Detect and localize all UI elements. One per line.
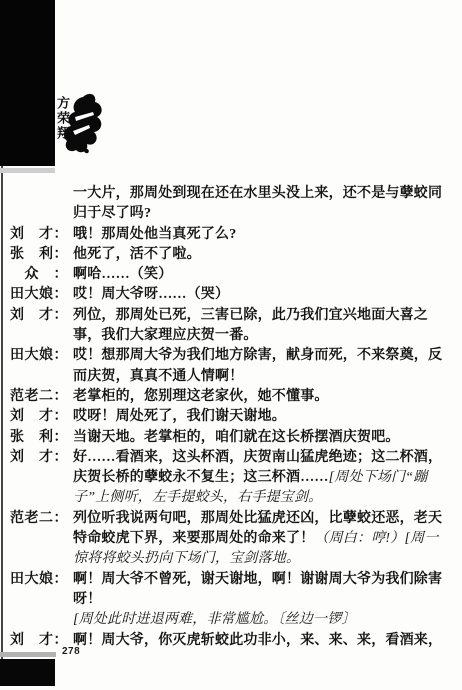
dialogue-text: 子”上侧听，左手提蛟头，右手提宝剑。 <box>73 488 454 508</box>
script-line: 田大娘：哎！周大爷呀……（哭） <box>8 285 454 305</box>
dialogue-text: 好……看酒来，这头杯酒，庆贺南山猛虎绝迹；这二杯酒， <box>73 448 454 468</box>
dialogue-text: 惊将将蛟头扔向下场门，宝剑落地。 <box>73 549 454 569</box>
speaker-name: 刘 才： <box>8 225 68 245</box>
speaker-name: 田大娘： <box>8 346 68 366</box>
dialogue-text: 老掌柜的，您别理这老家伙，她不懂事。 <box>73 387 454 407</box>
speaker-name: 刘 才： <box>8 448 68 468</box>
script-line: 归于尽了吗? <box>8 204 454 224</box>
dialogue-text: 列位，那周处已死，三害已除，此乃我们宜兴地面大喜之 <box>73 306 454 326</box>
script-line: 刘 才：哦！那周处他当真死了么? <box>8 225 454 245</box>
speaker-name <box>8 326 68 346</box>
speaker-name: 范老二： <box>8 509 68 529</box>
speaker-name: 刘 才： <box>8 407 68 427</box>
dialogue-text: 啊！周大爷，你灭虎斩蛟此功非小，来、来、来，看酒来， <box>73 631 454 651</box>
dialogue-segment: 啊！周大爷不曾死，谢天谢地，啊！谢谢周大爷为我们除害 <box>73 572 442 587</box>
scan-smudge-bottom <box>0 652 56 657</box>
dialogue-text: 而庆贺，真真不通人情啊！ <box>73 367 454 387</box>
dialogue-segment: 啊哈……（笑） <box>73 267 172 282</box>
dialogue-text: 哎！周大爷呀……（哭） <box>73 285 454 305</box>
scan-artifact-top-bar <box>0 0 55 166</box>
dialogue-segment: 啊！周大爷，你灭虎斩蛟此功非小，来、来、来，看酒来， <box>73 633 442 648</box>
dialogue-text: 一大片，那周处到现在还在水里头没上来，还不是与孽蛟同 <box>73 184 454 204</box>
dialogue-segment: 哎呀！周处死了，我们谢天谢地。 <box>73 409 286 424</box>
dialogue-segment: 列位，那周处已死，三害已除，此乃我们宜兴地面大喜之 <box>73 308 428 323</box>
script-line: [周处此时进退两难，非常尴尬。〔丝边一锣〕 <box>8 610 454 630</box>
dialogue-segment: 当谢天地。老掌柜的，咱们就在这长桥摆酒庆贺吧。 <box>73 430 400 445</box>
speaker-name: 田大娘： <box>8 285 68 305</box>
scan-artifact-bottom-bar <box>0 659 55 686</box>
script-line: 范老二：老掌柜的，您别理这老家伙，她不懂事。 <box>8 387 454 407</box>
stage-direction-text: 子”上侧听，左手提蛟头，右手提宝剑。 <box>73 490 322 505</box>
script-line: 特命蛟虎下界，来要那周处的命来了！（周白：哼!）[周一 <box>8 529 454 549</box>
script-line: 刘 才：哎呀！周处死了，我们谢天谢地。 <box>8 407 454 427</box>
script-text-block: 一大片，那周处到现在还在水里头没上来，还不是与孽蛟同归于尽了吗?刘 才：哦！那周… <box>8 184 454 651</box>
dialogue-text: 当谢天地。老掌柜的，咱们就在这长桥摆酒庆贺吧。 <box>73 428 454 448</box>
dialogue-segment: 庆贺长桥的孽蛟永不复生；这三杯酒…… <box>73 470 329 485</box>
scan-smudge-top <box>0 168 55 173</box>
speaker-name <box>8 590 68 610</box>
dialogue-segment: 哎！想那周大爷为我们地方除害，献身而死，不来祭奠，反 <box>73 348 442 363</box>
script-line: 张 利：他死了，活不了啦。 <box>8 245 454 265</box>
dialogue-text: 事，我们大家理应庆贺一番。 <box>73 326 454 346</box>
script-line: 田大娘：啊！周大爷不曾死，谢天谢地，啊！谢谢周大爷为我们除害 <box>8 570 454 590</box>
dialogue-segment: 事，我们大家理应庆贺一番。 <box>73 328 258 343</box>
stage-direction-text: [周处此时进退两难，非常尴尬。〔丝边一锣〕 <box>73 612 356 627</box>
dialogue-segment: 哦！那周处他当真死了么? <box>73 227 236 242</box>
dialogue-text: 他死了，活不了啦。 <box>73 245 454 265</box>
speaker-name <box>8 367 68 387</box>
dialogue-text: 哎！想那周大爷为我们地方除害，献身而死，不来祭奠，反 <box>73 346 454 366</box>
dialogue-text: 特命蛟虎下界，来要那周处的命来了！（周白：哼!）[周一 <box>73 529 454 549</box>
script-line: 刘 才：好……看酒来，这头杯酒，庆贺南山猛虎绝迹；这二杯酒， <box>8 448 454 468</box>
dialogue-text: 庆贺长桥的孽蛟永不复生；这三杯酒……[周处下场门“蹦 <box>73 468 454 488</box>
dialogue-segment: 归于尽了吗? <box>73 206 151 221</box>
stage-direction-text: [周处下场门“蹦 <box>329 470 428 485</box>
script-line: 子”上侧听，左手提蛟头，右手提宝剑。 <box>8 488 454 508</box>
speaker-name: 范老二： <box>8 387 68 407</box>
script-line: 惊将将蛟头扔向下场门，宝剑落地。 <box>8 549 454 569</box>
dialogue-segment: 一大片，那周处到现在还在水里头没上来，还不是与孽蛟同 <box>73 186 442 201</box>
stage-direction-text: （周白：哼!）[周一 <box>314 531 438 546</box>
speaker-name: 刘 才： <box>8 306 68 326</box>
script-line: 刘 才：列位，那周处已死，三害已除，此乃我们宜兴地面大喜之 <box>8 306 454 326</box>
dialogue-text: 啊哈……（笑） <box>73 265 454 285</box>
speaker-name <box>8 610 68 630</box>
dialogue-text: 呀！ <box>73 590 454 610</box>
script-line: 张 利：当谢天地。老掌柜的，咱们就在这长桥摆酒庆贺吧。 <box>8 428 454 448</box>
script-line: 一大片，那周处到现在还在水里头没上来，还不是与孽蛟同 <box>8 184 454 204</box>
speaker-name: 众 ： <box>8 265 68 285</box>
speaker-name <box>8 488 68 508</box>
speaker-name <box>8 468 68 488</box>
stage-direction-text: 惊将将蛟头扔向下场门，宝剑落地。 <box>73 551 300 566</box>
script-line: 而庆贺，真真不通人情啊！ <box>8 367 454 387</box>
dialogue-segment: 而庆贺，真真不通人情啊！ <box>73 369 243 384</box>
dialogue-text: 啊！周大爷不曾死，谢天谢地，啊！谢谢周大爷为我们除害 <box>73 570 454 590</box>
dialogue-text: 归于尽了吗? <box>73 204 454 224</box>
speaker-name <box>8 204 68 224</box>
script-line: 田大娘：哎！想那周大爷为我们地方除害，献身而死，不来祭奠，反 <box>8 346 454 366</box>
speaker-name: 张 利： <box>8 245 68 265</box>
dialogue-text: 哎呀！周处死了，我们谢天谢地。 <box>73 407 454 427</box>
dialogue-segment: 列位听我说两句吧，那周处比猛虎还凶，比孽蛟还恶，老天 <box>73 511 442 526</box>
script-line: 庆贺长桥的孽蛟永不复生；这三杯酒……[周处下场门“蹦 <box>8 468 454 488</box>
dialogue-segment: 呀！ <box>73 592 101 607</box>
speaker-name <box>8 184 68 204</box>
dialogue-text: 列位听我说两句吧，那周处比猛虎还凶，比孽蛟还恶，老天 <box>73 509 454 529</box>
speaker-name: 刘 才： <box>8 631 68 651</box>
ink-stamp-icon <box>63 91 103 155</box>
dialogue-segment: 他死了，活不了啦。 <box>73 247 201 262</box>
speaker-name <box>8 549 68 569</box>
dialogue-segment: 特命蛟虎下界，来要那周处的命来了！ <box>73 531 314 546</box>
dialogue-segment: 哎！周大爷呀……（哭） <box>73 287 229 302</box>
script-line: 众 ：啊哈……（笑） <box>8 265 454 285</box>
dialogue-segment: 好……看酒来，这头杯酒，庆贺南山猛虎绝迹；这二杯酒， <box>73 450 442 465</box>
script-line: 范老二：列位听我说两句吧，那周处比猛虎还凶，比孽蛟还恶，老天 <box>8 509 454 529</box>
script-line: 呀！ <box>8 590 454 610</box>
dialogue-text: 哦！那周处他当真死了么? <box>73 225 454 245</box>
script-line: 事，我们大家理应庆贺一番。 <box>8 326 454 346</box>
book-page: 方荣翔 一大片，那周处到现在还在水里头没上来，还不是与孽蛟同归于尽了吗?刘 才：… <box>0 0 462 690</box>
speaker-name <box>8 529 68 549</box>
speaker-name: 田大娘： <box>8 570 68 590</box>
speaker-name: 张 利： <box>8 428 68 448</box>
dialogue-segment: 老掌柜的，您别理这老家伙，她不懂事。 <box>73 389 329 404</box>
page-number: 278 <box>62 646 80 657</box>
dialogue-text: [周处此时进退两难，非常尴尬。〔丝边一锣〕 <box>73 610 454 630</box>
